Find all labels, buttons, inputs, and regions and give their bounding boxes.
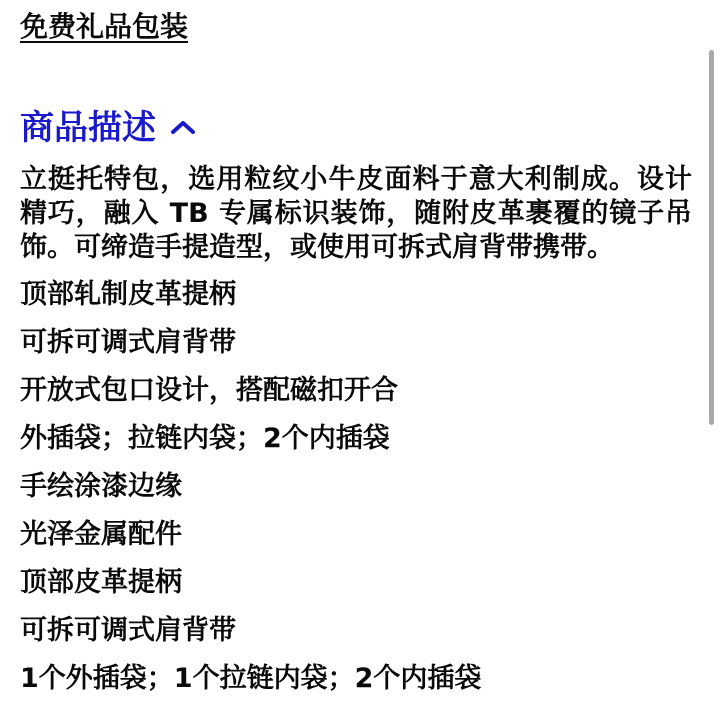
feature-list: 顶部轧制皮革提柄 可拆可调式肩背带 开放式包口设计，搭配磁扣开合 外插袋；拉链内… <box>20 281 694 692</box>
product-description-page: 免费礼品包装 商品描述 立挺托特包，选用粒纹小牛皮面料于意大利制成。设计精巧，融… <box>0 0 720 720</box>
feature-line: 可拆可调式肩背带 <box>20 329 694 356</box>
product-description-paragraph: 立挺托特包，选用粒纹小牛皮面料于意大利制成。设计精巧，融入 TB 专属标识装饰，… <box>20 163 692 265</box>
free-gift-wrap-link[interactable]: 免费礼品包装 <box>20 8 188 46</box>
product-description-section-toggle[interactable]: 商品描述 <box>20 108 196 148</box>
product-description-title: 商品描述 <box>20 108 156 148</box>
feature-line: 光泽金属配件 <box>20 521 694 548</box>
feature-line: 开放式包口设计，搭配磁扣开合 <box>20 377 694 404</box>
feature-line: 顶部皮革提柄 <box>20 569 694 596</box>
feature-line: 手绘涂漆边缘 <box>20 473 694 500</box>
chevron-up-icon <box>170 119 196 141</box>
feature-line: 1个外插袋；1个拉链内袋；2个内插袋 <box>20 665 694 692</box>
feature-line: 外插袋；拉链内袋；2个内插袋 <box>20 425 694 452</box>
feature-line: 可拆可调式肩背带 <box>20 617 694 644</box>
scrollbar-thumb[interactable] <box>709 50 714 425</box>
feature-line: 顶部轧制皮革提柄 <box>20 281 694 308</box>
